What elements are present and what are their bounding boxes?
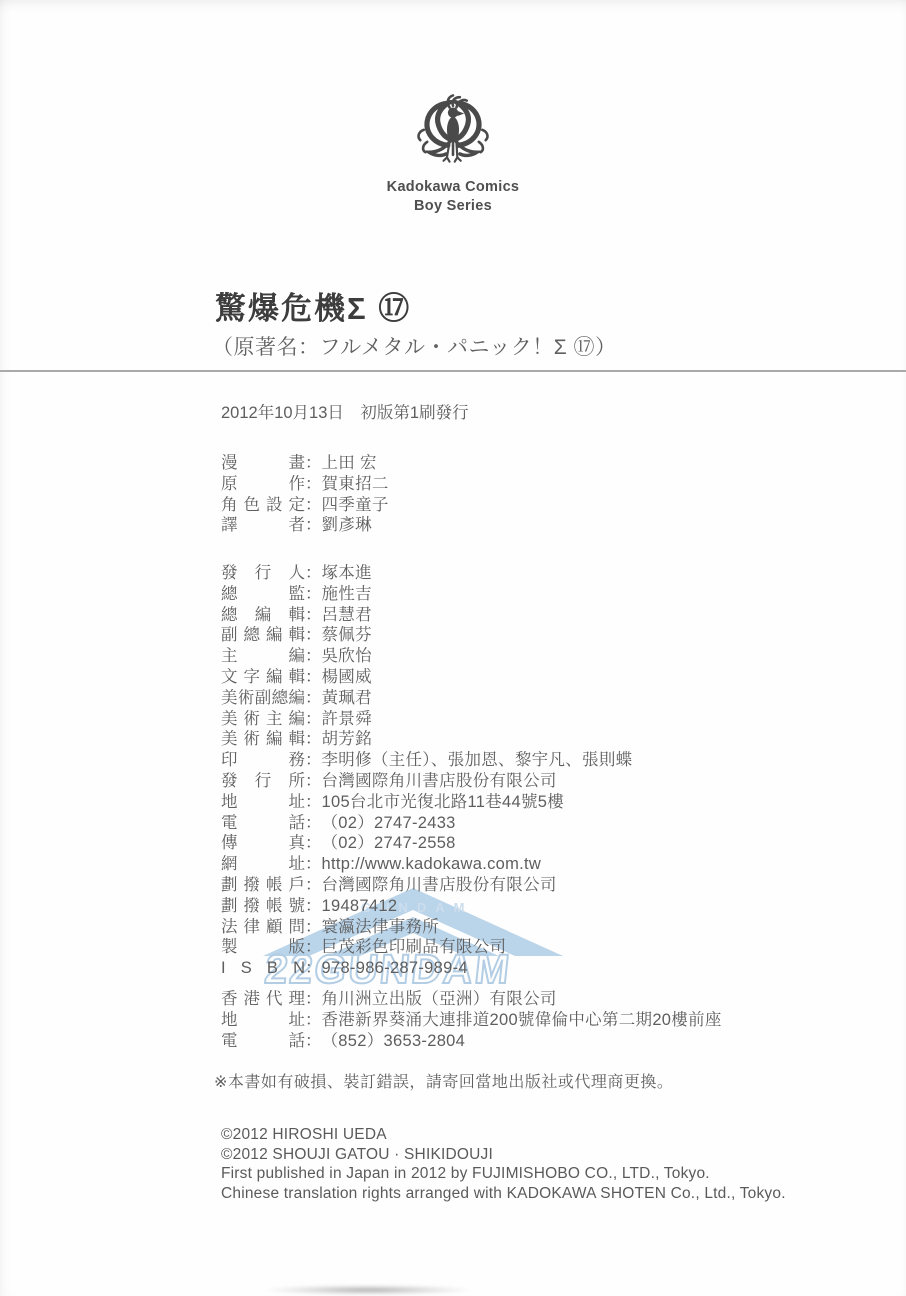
credit-row: 電話：（852）3653-2804 [221, 1031, 722, 1052]
credit-colon: ： [305, 1010, 322, 1031]
credit-label: 美術副總編 [221, 688, 305, 709]
staff-credits: 漫畫：上田 宏 原作：賀東招二 角色設定：四季童子 譯者：劉彥琳 [221, 453, 389, 536]
credit-colon: ： [305, 729, 322, 750]
credit-row: 劃撥帳戶：台灣國際角川書店股份有限公司 [221, 875, 632, 896]
credit-value: （02）2747-2433 [322, 814, 456, 832]
credit-value: 寰瀛法律事務所 [322, 918, 440, 936]
credit-row: 劃撥帳號：19487412 [221, 896, 632, 917]
credit-colon: ： [305, 474, 322, 495]
publishing-credits: 發行人：塚本進 總監：施性吉 總編輯：呂慧君 副總編輯：蔡佩芬 主編：吳欣怡 文… [221, 563, 632, 979]
credit-colon: ： [305, 584, 322, 605]
copyright-block: ©2012 HIROSHI UEDA ©2012 SHOUJI GATOU · … [221, 1125, 786, 1203]
replacement-notice: ※本書如有破損、裝訂錯誤，請寄回當地出版社或代理商更換。 [214, 1069, 673, 1092]
credit-label: 網址 [221, 854, 305, 875]
copyright-line: Chinese translation rights arranged with… [221, 1184, 786, 1204]
credit-value: 塚本進 [322, 564, 372, 582]
credit-row: 主編：吳欣怡 [221, 646, 632, 667]
credit-value: 吳欣怡 [322, 647, 372, 665]
credit-label: 主編 [221, 646, 305, 667]
credit-row: 總編輯：呂慧君 [221, 605, 632, 626]
credit-value: 施性吉 [322, 585, 372, 603]
credit-colon: ： [305, 646, 322, 667]
credit-label: 發行人 [221, 563, 305, 584]
credit-row: I S B N：978-986-287-989-4 [221, 958, 632, 979]
credit-label: 電話 [221, 1031, 305, 1052]
copyright-line: First published in Japan in 2012 by FUJI… [221, 1164, 786, 1184]
credit-label: 印務 [221, 750, 305, 771]
credit-value: 胡芳銘 [322, 730, 372, 748]
credit-label: 文字編輯 [221, 667, 305, 688]
credit-colon: ： [305, 750, 322, 771]
credit-colon: ： [305, 563, 322, 584]
credit-label: 法律顧問 [221, 917, 305, 938]
credit-colon: ： [305, 1031, 322, 1052]
credit-row: 美術副總編：黃珮君 [221, 688, 632, 709]
credit-colon: ： [305, 625, 322, 646]
credit-value: 香港新界葵涌大連排道200號偉倫中心第二期20樓前座 [322, 1011, 722, 1029]
credit-colon: ： [305, 875, 322, 896]
credit-row: 總監：施性吉 [221, 584, 632, 605]
credit-label: 發行所 [221, 771, 305, 792]
credit-row: 原作：賀東招二 [221, 474, 389, 495]
credit-row: 發行所：台灣國際角川書店股份有限公司 [221, 771, 632, 792]
credit-row: 電話：（02）2747-2433 [221, 813, 632, 834]
credit-colon: ： [305, 688, 322, 709]
credit-value: 角川洲立出版（亞洲）有限公司 [322, 990, 557, 1008]
credit-value: http://www.kadokawa.com.tw [322, 855, 542, 873]
credit-row: 漫畫：上田 宏 [221, 453, 389, 474]
credit-row: 法律顧問：寰瀛法律事務所 [221, 917, 632, 938]
credit-label: 總監 [221, 584, 305, 605]
credit-row: 印務：李明修（主任）、張加恩、黎宇凡、張則蝶 [221, 750, 632, 771]
credit-value: 978-986-287-989-4 [322, 959, 468, 977]
credit-value: 黃珮君 [322, 689, 372, 707]
credit-colon: ： [305, 709, 322, 730]
colophon-page: GUNDAM 22GUNDAM [0, 0, 906, 1296]
credit-row: 發行人：塚本進 [221, 563, 632, 584]
credit-value: 巨茂彩色印刷品有限公司 [322, 938, 507, 956]
credit-label: 副總編輯 [221, 625, 305, 646]
credit-value: 賀東招二 [322, 475, 389, 493]
divider-line [0, 370, 906, 372]
credit-colon: ： [305, 896, 322, 917]
logo-series-line2: Boy Series [0, 197, 906, 216]
credit-value: 李明修（主任）、張加恩、黎宇凡、張則蝶 [322, 751, 633, 769]
book-title: 驚爆危機Σ ⑰ [215, 283, 411, 328]
credit-colon: ： [305, 792, 322, 813]
credit-row: 文字編輯：楊國威 [221, 667, 632, 688]
credit-label: 製版 [221, 937, 305, 958]
credit-colon: ： [305, 937, 322, 958]
credit-label: 角色設定 [221, 495, 305, 516]
credit-value: 105台北市光復北路11巷44號5樓 [322, 793, 565, 811]
credit-colon: ： [305, 833, 322, 854]
logo-series-line1: Kadokawa Comics [0, 178, 906, 197]
credit-row: 美術主編：許景舜 [221, 709, 632, 730]
credit-label: 地址 [221, 792, 305, 813]
kadokawa-phoenix-icon [0, 92, 906, 178]
credit-label: 電話 [221, 813, 305, 834]
credit-label: 劃撥帳號 [221, 896, 305, 917]
credit-value: 呂慧君 [322, 606, 372, 624]
credit-value: 劉彥琳 [322, 516, 372, 534]
credit-value: 台灣國際角川書店股份有限公司 [322, 876, 557, 894]
credit-label: 譯者 [221, 515, 305, 536]
credit-row: 地址：香港新界葵涌大連排道200號偉倫中心第二期20樓前座 [221, 1010, 722, 1031]
credit-value: 蔡佩芬 [322, 626, 372, 644]
credit-colon: ： [305, 989, 322, 1010]
credit-row: 製版：巨茂彩色印刷品有限公司 [221, 937, 632, 958]
credit-colon: ： [305, 958, 322, 979]
credit-label: 總編輯 [221, 605, 305, 626]
credit-value: （852）3653-2804 [322, 1032, 466, 1050]
credit-label: 美術編輯 [221, 729, 305, 750]
credit-colon: ： [305, 667, 322, 688]
credit-value: 19487412 [322, 897, 398, 915]
copyright-line: ©2012 SHOUJI GATOU · SHIKIDOUJI [221, 1145, 786, 1165]
credit-colon: ： [305, 813, 322, 834]
credit-label: 美術主編 [221, 709, 305, 730]
credit-value: （02）2747-2558 [322, 834, 456, 852]
credit-colon: ： [305, 453, 322, 474]
credit-label: 地址 [221, 1010, 305, 1031]
credit-value: 許景舜 [322, 710, 372, 728]
credit-label: 傳真 [221, 833, 305, 854]
credit-value: 台灣國際角川書店股份有限公司 [322, 772, 557, 790]
credit-label: 香港代理 [221, 989, 305, 1010]
credit-colon: ： [305, 495, 322, 516]
copyright-line: ©2012 HIROSHI UEDA [221, 1125, 786, 1145]
edition-date: 2012年10月13日 初版第1刷發行 [221, 399, 469, 423]
credit-label: 原作 [221, 474, 305, 495]
credit-value: 楊國威 [322, 668, 372, 686]
credit-colon: ： [305, 605, 322, 626]
hong-kong-agency: 香港代理：角川洲立出版（亞洲）有限公司 地址：香港新界葵涌大連排道200號偉倫中… [221, 989, 722, 1051]
credit-row: 美術編輯：胡芳銘 [221, 729, 632, 750]
credit-row: 傳真：（02）2747-2558 [221, 833, 632, 854]
credit-value: 上田 宏 [322, 454, 377, 472]
credit-row: 角色設定：四季童子 [221, 495, 389, 516]
credit-row: 香港代理：角川洲立出版（亞洲）有限公司 [221, 989, 722, 1010]
credit-colon: ： [305, 854, 322, 875]
credit-row: 譯者：劉彥琳 [221, 515, 389, 536]
scan-smudge [268, 1285, 468, 1295]
credit-row: 副總編輯：蔡佩芬 [221, 625, 632, 646]
credit-row: 網址：http://www.kadokawa.com.tw [221, 854, 632, 875]
credit-label: I S B N [221, 958, 305, 979]
credit-colon: ： [305, 771, 322, 792]
original-title: （原著名：フルメタル・パニック！Σ ⑰） [212, 331, 617, 361]
credit-label: 漫畫 [221, 453, 305, 474]
publisher-logo: Kadokawa Comics Boy Series [0, 92, 906, 216]
credit-label: 劃撥帳戶 [221, 875, 305, 896]
credit-colon: ： [305, 515, 322, 536]
credit-row: 地址：105台北市光復北路11巷44號5樓 [221, 792, 632, 813]
credit-value: 四季童子 [322, 496, 389, 514]
credit-colon: ： [305, 917, 322, 938]
